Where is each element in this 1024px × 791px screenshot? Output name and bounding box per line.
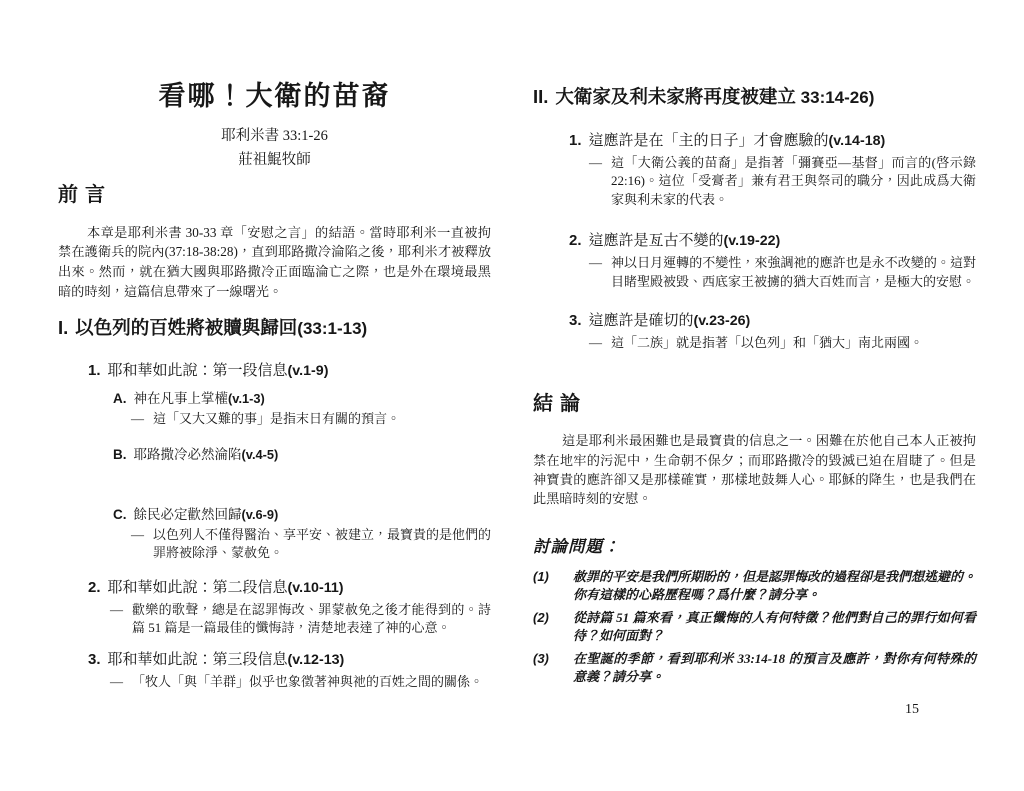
dash-icon: —: [131, 410, 144, 429]
item-text: 耶和華如此說：第一段信息: [108, 363, 288, 379]
item-text: 耶和華如此說：第三段信息: [108, 652, 288, 668]
outline-item-1: 1.耶和華如此說：第一段信息(v.1-9): [58, 360, 491, 382]
subitem-letter: A.: [113, 391, 127, 406]
outline-item-2: 2.耶和華如此說：第二段信息(v.10-11): [58, 577, 491, 599]
subitem-verse-ref: (v.6-9): [242, 507, 279, 522]
note-text: 「牧人「與「羊群」似乎也象徵著神與祂的百姓之間的關係。: [132, 673, 491, 692]
page-number: 15: [905, 702, 919, 718]
item-verse-ref: (v.10-11): [288, 580, 344, 596]
intro-paragraph: 本章是耶利米書 30-33 章「安慰之言」的結語。當時耶利米一直被拘禁在護衛兵的…: [58, 223, 491, 302]
outline-subitem-c: C.餘民必定歡然回歸(v.6-9): [58, 505, 491, 524]
subitem-a-note: —這「又大又難的事」是指末日有關的預言。: [58, 410, 491, 429]
note-text: 歡樂的歌聲，總是在認罪悔改、罪蒙赦免之後才能得到的。詩篇 51 篇是一篇最佳的懺…: [132, 601, 491, 638]
section2-number: II.: [533, 86, 548, 107]
question-text: 在聖誕的季節，看到耶利米 33:14-18 的預言及應許，對你有何特殊的意義？請…: [573, 650, 976, 687]
section1-heading: I.以色列的百姓將被贖與歸回(33:1-13): [58, 315, 491, 342]
item-text: 這應許是在「主的日子」才會應驗的: [589, 133, 829, 149]
item-verse-ref: (v.1-9): [288, 363, 329, 379]
discussion-questions: (1)赦罪的平安是我們所期盼的，但是認罪悔改的過程卻是我們想逃避的。你有這樣的心…: [533, 568, 976, 687]
outline-item-3: 3.這應許是確切的(v.23-26): [533, 310, 976, 332]
right-column: II.大衛家及利未家將再度被建立 33:14-26) 1.這應許是在「主的日子」…: [533, 84, 976, 687]
item-number: 1.: [88, 362, 101, 379]
note-text: 這「大衛公義的苗裔」是指著「彌賽亞—基督」而言的(啓示錄 22:16)。這位「受…: [611, 154, 976, 210]
item-3-note: —「牧人「與「羊群」似乎也象徵著神與祂的百姓之間的關係。: [58, 673, 491, 692]
note-text: 以色列人不僅得醫治、享平安、被建立，最寶貴的是他們的罪將被除淨、蒙赦免。: [153, 526, 491, 563]
item-number: 2.: [88, 579, 101, 596]
intro-heading: 前 言: [58, 184, 491, 206]
note-text: 這「又大又難的事」是指末日有關的預言。: [153, 410, 491, 429]
item-verse-ref: (v.14-18): [829, 133, 886, 149]
subitem-text: 耶路撒冷必然淪陷: [134, 447, 242, 462]
outline-item-2: 2.這應許是亙古不變的(v.19-22): [533, 230, 976, 252]
item-verse-ref: (v.19-22): [724, 233, 781, 249]
outline-subitem-a: A.神在凡事上掌權(v.1-3): [58, 389, 491, 408]
subitem-verse-ref: (v.4-5): [242, 447, 279, 462]
item-number: 3.: [569, 312, 582, 329]
item-3-note: —這「二族」就是指著「以色列」和「猶大」南北兩國。: [533, 334, 976, 353]
section2-title: 大衛家及利未家將再度被建立: [555, 88, 796, 108]
discussion-heading: 討論問題：: [533, 535, 976, 558]
discussion-question-2: (2)從詩篇 51 篇來看，真正懺悔的人有何特徵？他們對自己的罪行如何看待？如何…: [533, 609, 976, 646]
question-text: 赦罪的平安是我們所期盼的，但是認罪悔改的過程卻是我們想逃避的。你有這樣的心路歷程…: [573, 568, 976, 605]
subitem-text: 餘民必定歡然回歸: [134, 507, 242, 522]
item-text: 這應許是確切的: [589, 313, 694, 329]
outline-item-1: 1.這應許是在「主的日子」才會應驗的(v.14-18): [533, 130, 976, 152]
document-page: 看哪！大衛的苗裔 耶利米書 33:1-26 莊祖鯤牧師 前 言 本章是耶利米書 …: [0, 0, 1024, 791]
subitem-verse-ref: (v.1-3): [228, 391, 265, 406]
item-number: 3.: [88, 651, 101, 668]
item-text: 耶和華如此說：第二段信息: [108, 580, 288, 596]
page-title: 看哪！大衛的苗裔: [58, 80, 491, 112]
item-number: 1.: [569, 132, 582, 149]
section1-verse-ref: (33:1-13): [297, 319, 367, 338]
dash-icon: —: [110, 673, 123, 692]
conclusion-paragraph: 這是耶利米最困難也是最寶貴的信息之一。困難在於他自己本人正被拘禁在地牢的污泥中，…: [533, 431, 976, 509]
section1-number: I.: [58, 317, 68, 338]
item-2-note: —歡樂的歌聲，總是在認罪悔改、罪蒙赦免之後才能得到的。詩篇 51 篇是一篇最佳的…: [58, 601, 491, 638]
conclusion-heading: 結 論: [533, 393, 976, 415]
subitem-c-note: —以色列人不僅得醫治、享平安、被建立，最寶貴的是他們的罪將被除淨、蒙赦免。: [58, 526, 491, 563]
discussion-question-3: (3)在聖誕的季節，看到耶利米 33:14-18 的預言及應許，對你有何特殊的意…: [533, 650, 976, 687]
subitem-text: 神在凡事上掌權: [134, 391, 229, 406]
outline-item-3: 3.耶和華如此說：第三段信息(v.12-13): [58, 649, 491, 671]
note-text: 神以日月運轉的不變性，來強調祂的應許也是永不改變的。這對目睹聖殿被毀、西底家王被…: [611, 254, 976, 291]
item-verse-ref: (v.23-26): [694, 313, 751, 329]
section2-verse-ref: 33:14-26): [796, 88, 874, 107]
item-verse-ref: (v.12-13): [288, 652, 345, 668]
item-2-note: —神以日月運轉的不變性，來強調祂的應許也是永不改變的。這對目睹聖殿被毀、西底家王…: [533, 254, 976, 291]
dash-icon: —: [589, 254, 602, 291]
question-number: (2): [533, 609, 573, 646]
section2-heading: II.大衛家及利未家將再度被建立 33:14-26): [533, 84, 976, 111]
section1-title: 以色列的百姓將被贖與歸回: [75, 319, 297, 339]
dash-icon: —: [589, 334, 602, 353]
outline-subitem-b: B.耶路撒冷必然淪陷(v.4-5): [58, 445, 491, 464]
question-number: (1): [533, 568, 573, 605]
note-text: 這「二族」就是指著「以色列」和「猶大」南北兩國。: [611, 334, 976, 353]
dash-icon: —: [131, 526, 144, 563]
left-column: 看哪！大衛的苗裔 耶利米書 33:1-26 莊祖鯤牧師 前 言 本章是耶利米書 …: [58, 80, 491, 691]
subitem-letter: C.: [113, 507, 127, 522]
discussion-question-1: (1)赦罪的平安是我們所期盼的，但是認罪悔改的過程卻是我們想逃避的。你有這樣的心…: [533, 568, 976, 605]
item-text: 這應許是亙古不變的: [589, 233, 724, 249]
item-number: 2.: [569, 232, 582, 249]
question-number: (3): [533, 650, 573, 687]
dash-icon: —: [589, 154, 602, 210]
author-name: 莊祖鯤牧師: [58, 150, 491, 170]
item-1-note: —這「大衛公義的苗裔」是指著「彌賽亞—基督」而言的(啓示錄 22:16)。這位「…: [533, 154, 976, 210]
dash-icon: —: [110, 601, 123, 638]
subitem-letter: B.: [113, 447, 127, 462]
scripture-reference: 耶利米書 33:1-26: [58, 126, 491, 146]
question-text: 從詩篇 51 篇來看，真正懺悔的人有何特徵？他們對自己的罪行如何看待？如何面對？: [573, 609, 976, 646]
